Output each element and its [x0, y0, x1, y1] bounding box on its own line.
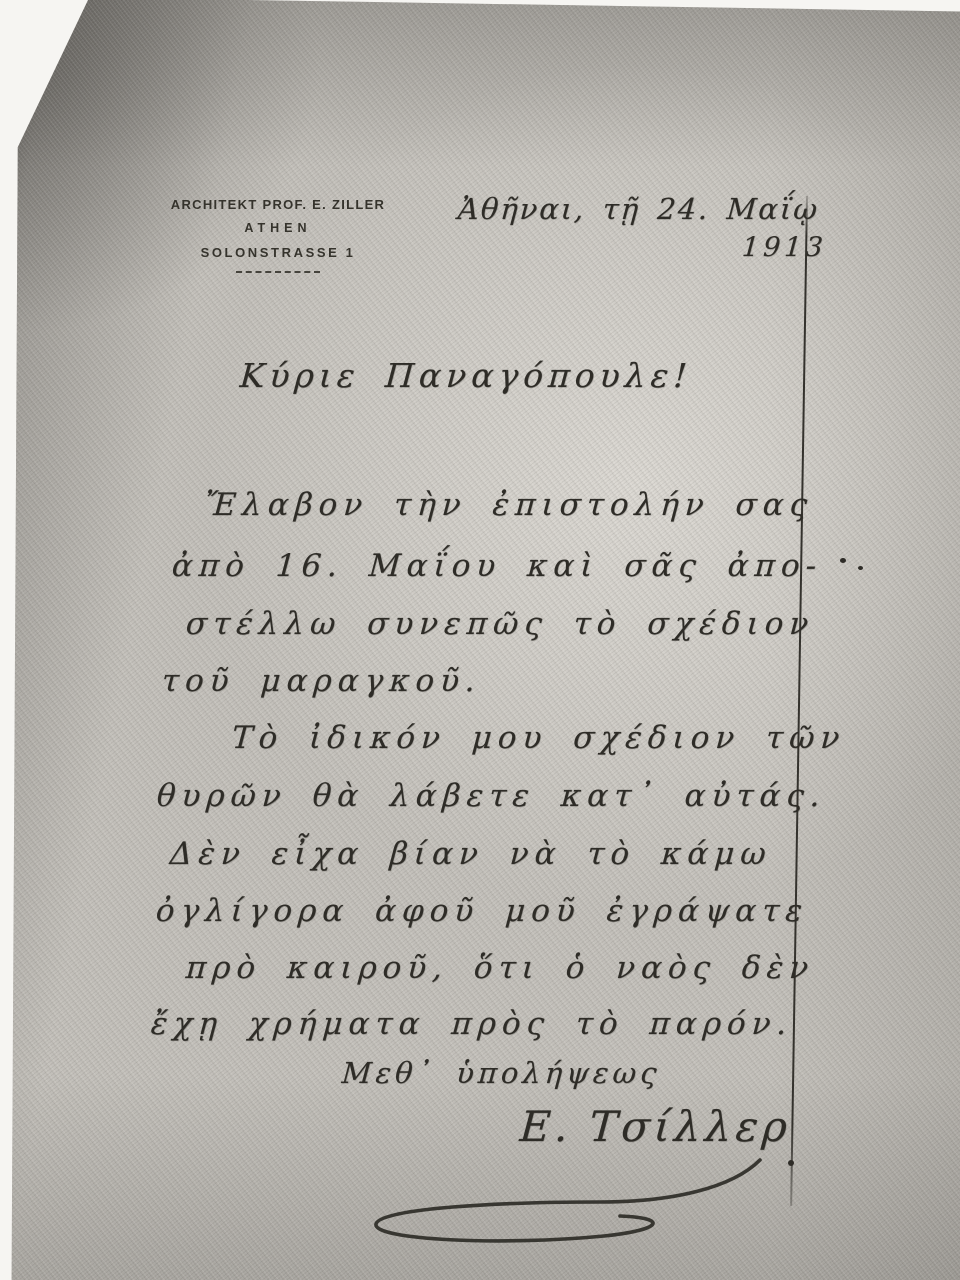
page-fold-line — [790, 196, 808, 1206]
ink-speck — [788, 1160, 794, 1166]
letter-page: ARCHITEKT PROF. E. ZILLER ATHEN SOLONSTR… — [0, 0, 960, 1280]
date-line: Ἀθῆναι, τῇ 24. Μαΐῳ — [457, 192, 820, 226]
body-line-5: Τὸ ἰδικόν μου σχέδιον τῶν — [231, 720, 847, 756]
body-line-7: Δὲν εἶχα βίαν νὰ τὸ κάμω — [169, 836, 773, 872]
body-line-8: ὀγλίγορα ἀφοῦ μοῦ ἐγράψατε — [155, 893, 810, 929]
letter-photo: ARCHITEKT PROF. E. ZILLER ATHEN SOLONSTR… — [0, 0, 960, 1280]
closing-line: Μεθ᾽ ὑπολήψεως — [341, 1056, 662, 1090]
body-line-10: ἔχῃ χρήματα πρὸς τὸ παρόν. — [150, 1006, 794, 1042]
letterhead-street: SOLONSTRASSE 1 — [158, 245, 398, 260]
letterhead-name: ARCHITEKT PROF. E. ZILLER — [158, 197, 398, 212]
body-line-6: θυρῶν θὰ λάβετε κατ᾽ αὐτάς. — [156, 778, 827, 814]
body-line-3: στέλλω συνεπῶς τὸ σχέδιον — [185, 606, 816, 642]
letterhead-rule — [236, 271, 320, 273]
letterhead: ARCHITEKT PROF. E. ZILLER ATHEN SOLONSTR… — [158, 197, 398, 273]
body-line-4: τοῦ μαραγκοῦ. — [161, 663, 483, 699]
ink-speck — [840, 558, 846, 563]
salutation: Κύριε Παναγόπουλε! — [239, 356, 693, 395]
letterhead-city: ATHEN — [158, 221, 398, 235]
body-line-1: Ἔλαβον τὴν ἐπιστολήν σας — [204, 487, 815, 523]
body-line-2: ἀπὸ 16. Μαΐου καὶ σᾶς ἀπο- — [171, 548, 824, 584]
ink-speck — [858, 566, 863, 570]
body-line-9: πρὸ καιροῦ, ὅτι ὁ ναὸς δὲν — [185, 950, 816, 986]
date-year: 1913 — [741, 232, 828, 263]
signature-flourish — [352, 1122, 782, 1252]
